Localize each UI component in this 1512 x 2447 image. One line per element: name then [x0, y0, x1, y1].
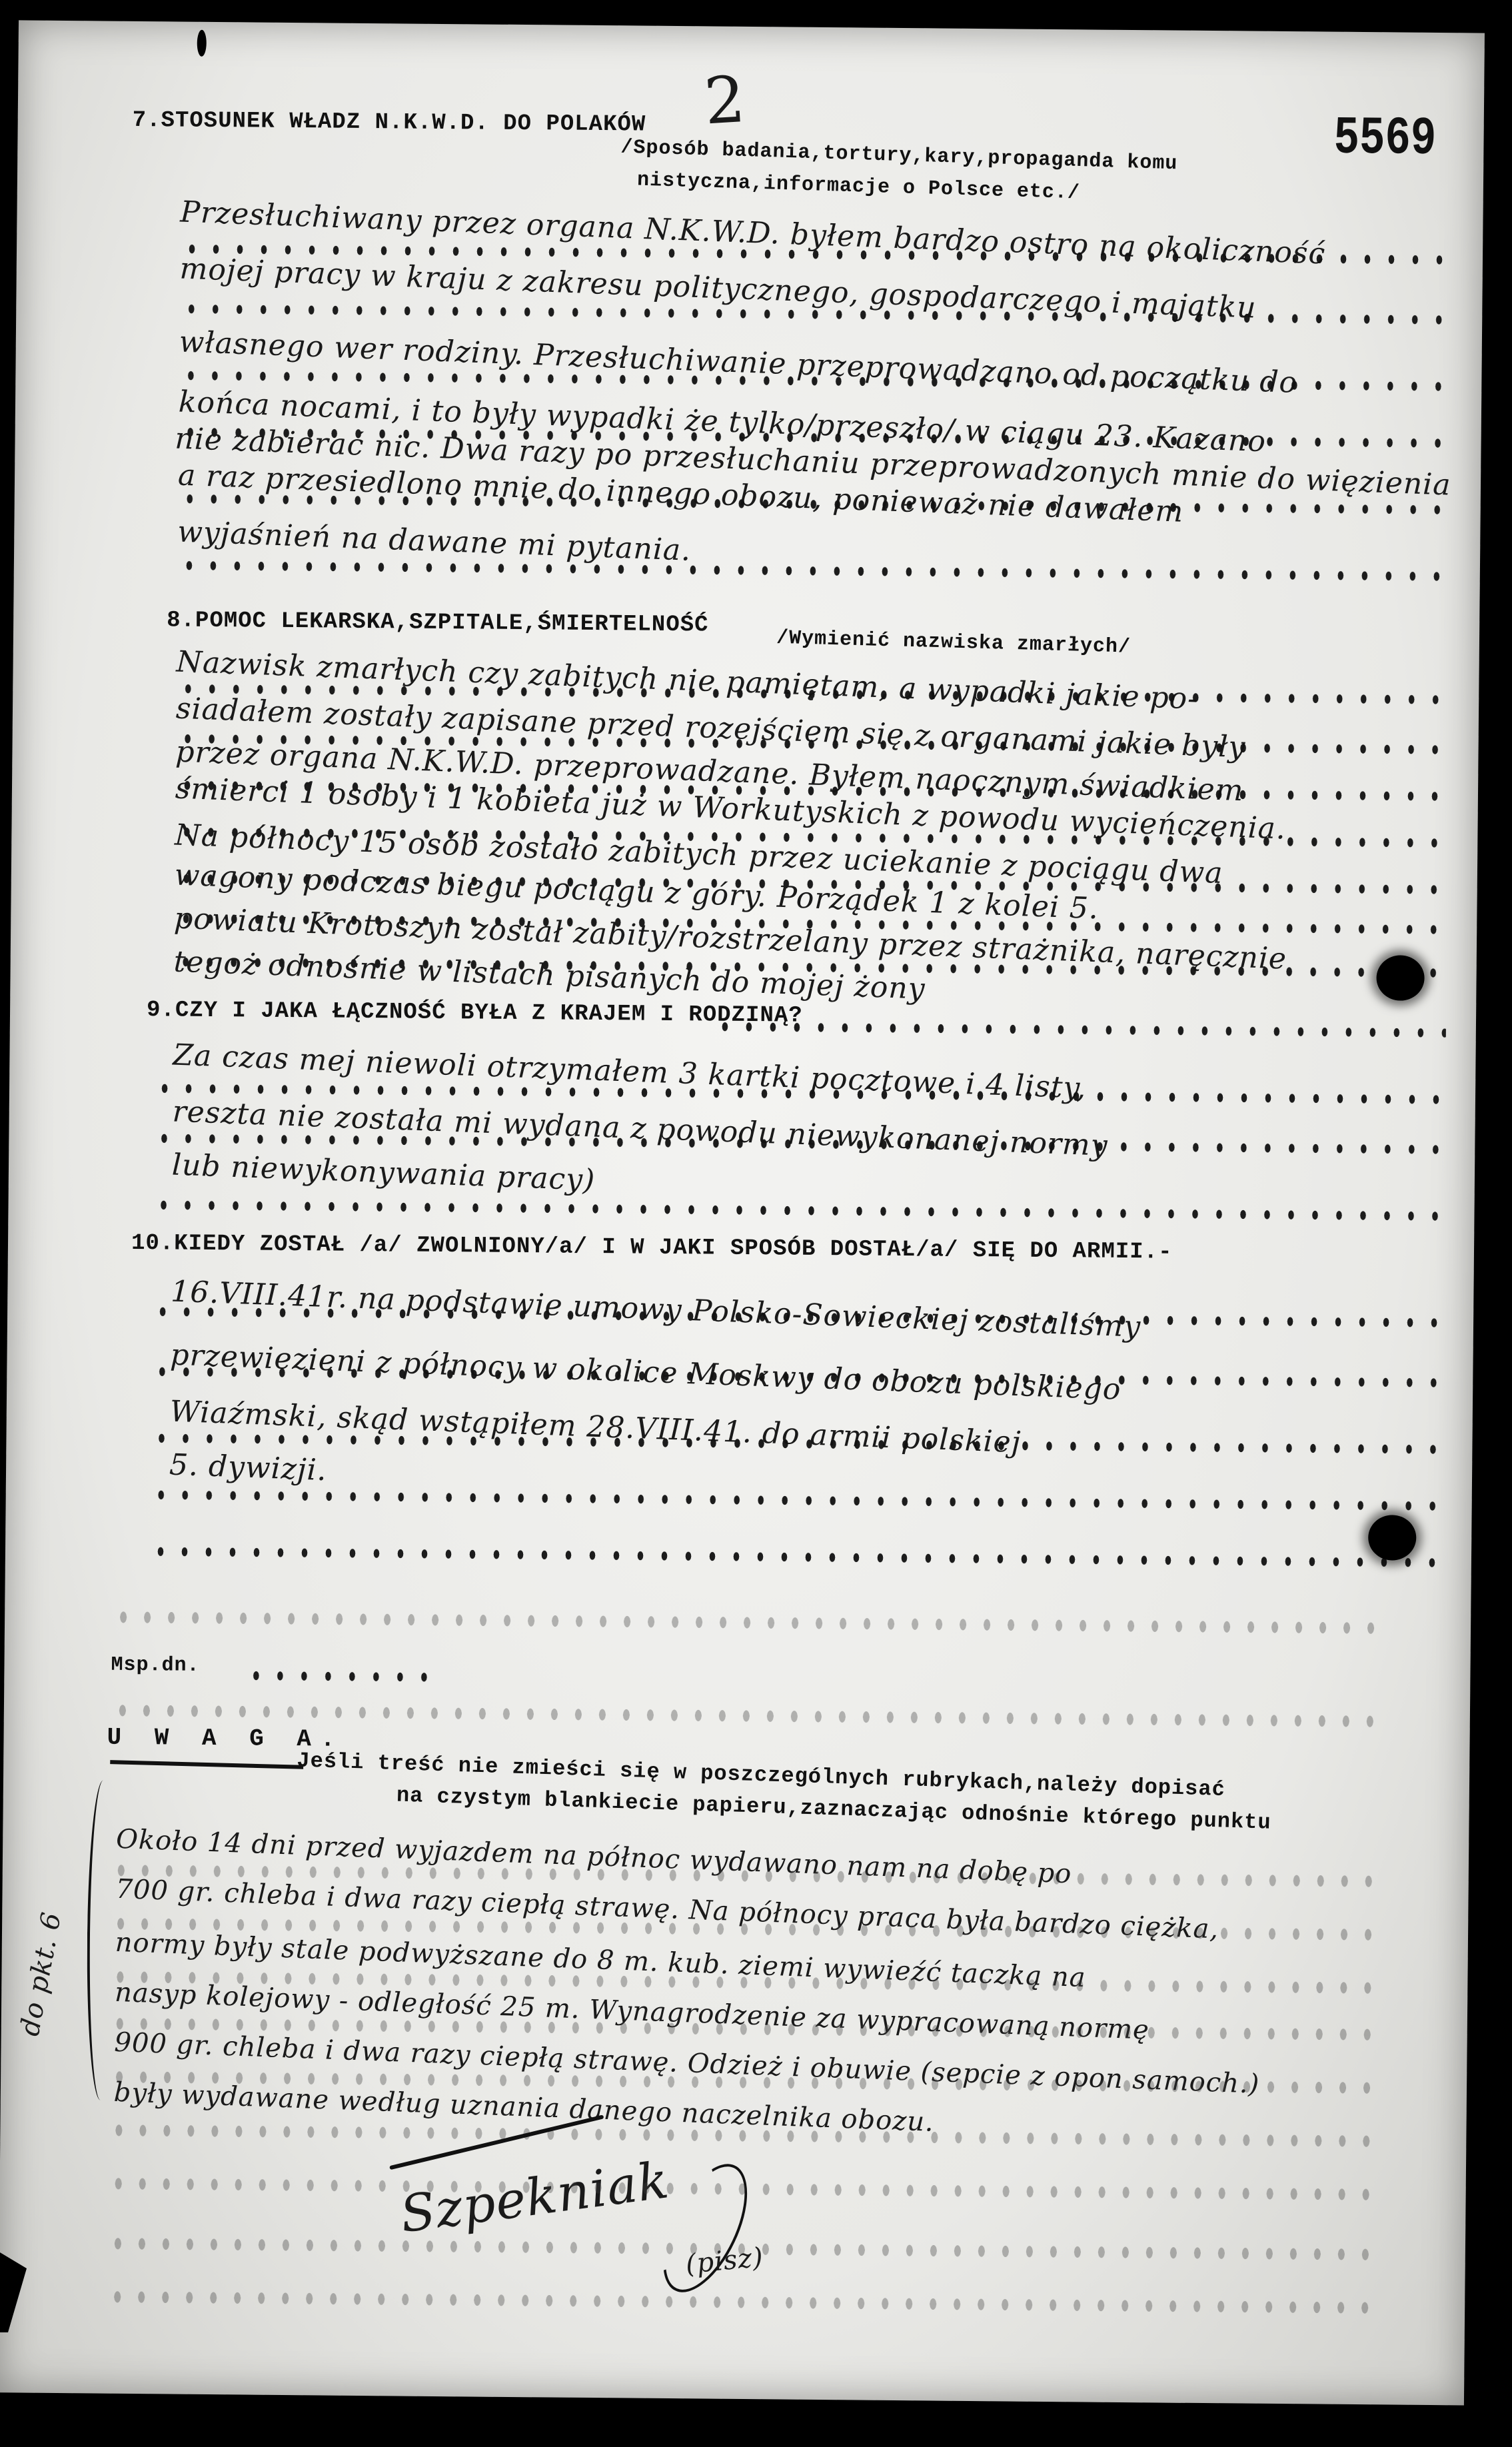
- dotted-rule: [151, 1198, 1451, 1223]
- punch-hole: [1376, 955, 1425, 1001]
- section-7-heading: 7.STOSUNEK WŁADZ N.K.W.D. DO POLAKÓW: [133, 108, 646, 138]
- section-7-subheading-cont: nistyczna,informacje o Polsce etc./: [637, 169, 1081, 205]
- dotted-rule: [713, 1020, 1446, 1041]
- section-9-heading: 9.CZY I JAKA ŁĄCZNOŚĆ BYŁA Z KRAJEM I RO…: [147, 998, 803, 1029]
- margin-note: do pkt. 6: [15, 1909, 68, 2038]
- uwaga-underline: [110, 1760, 303, 1769]
- dotted-rule: [177, 558, 1443, 584]
- dotted-rule: [244, 1668, 444, 1685]
- section-10-heading: 10.KIEDY ZOSTAŁ /a/ ZWOLNIONY/a/ I W JAK…: [131, 1231, 1173, 1265]
- document-number: 5569: [1333, 109, 1436, 170]
- abbr-label: Msp.dn.: [111, 1654, 199, 1677]
- dotted-rule: [149, 1487, 1449, 1513]
- section-8-subheading: /Wymienić nazwiska zmarłych/: [776, 627, 1132, 659]
- ink-blot: [197, 30, 207, 57]
- section-8-heading: 8.POMOC LEKARSKA,SZPITALE,ŚMIERTELNOŚĆ: [167, 608, 709, 638]
- dotted-rule: [149, 1544, 1448, 1570]
- document-page: 2 5569 7.STOSUNEK WŁADZ N.K.W.D. DO POLA…: [0, 20, 1485, 2405]
- section-10-answer-line: 5. dywizji.: [169, 1447, 327, 1487]
- margin-brace: [86, 1780, 118, 2100]
- faded-rule: [111, 1607, 1377, 1639]
- section-7-subheading: /Sposób badania,tortury,kary,propaganda …: [620, 137, 1178, 176]
- page-number: 2: [702, 62, 748, 139]
- section-9-answer-line: lub niewykonywania pracy): [171, 1148, 596, 1197]
- faded-rule: [105, 2287, 1371, 2318]
- punch-hole: [1368, 1515, 1417, 1561]
